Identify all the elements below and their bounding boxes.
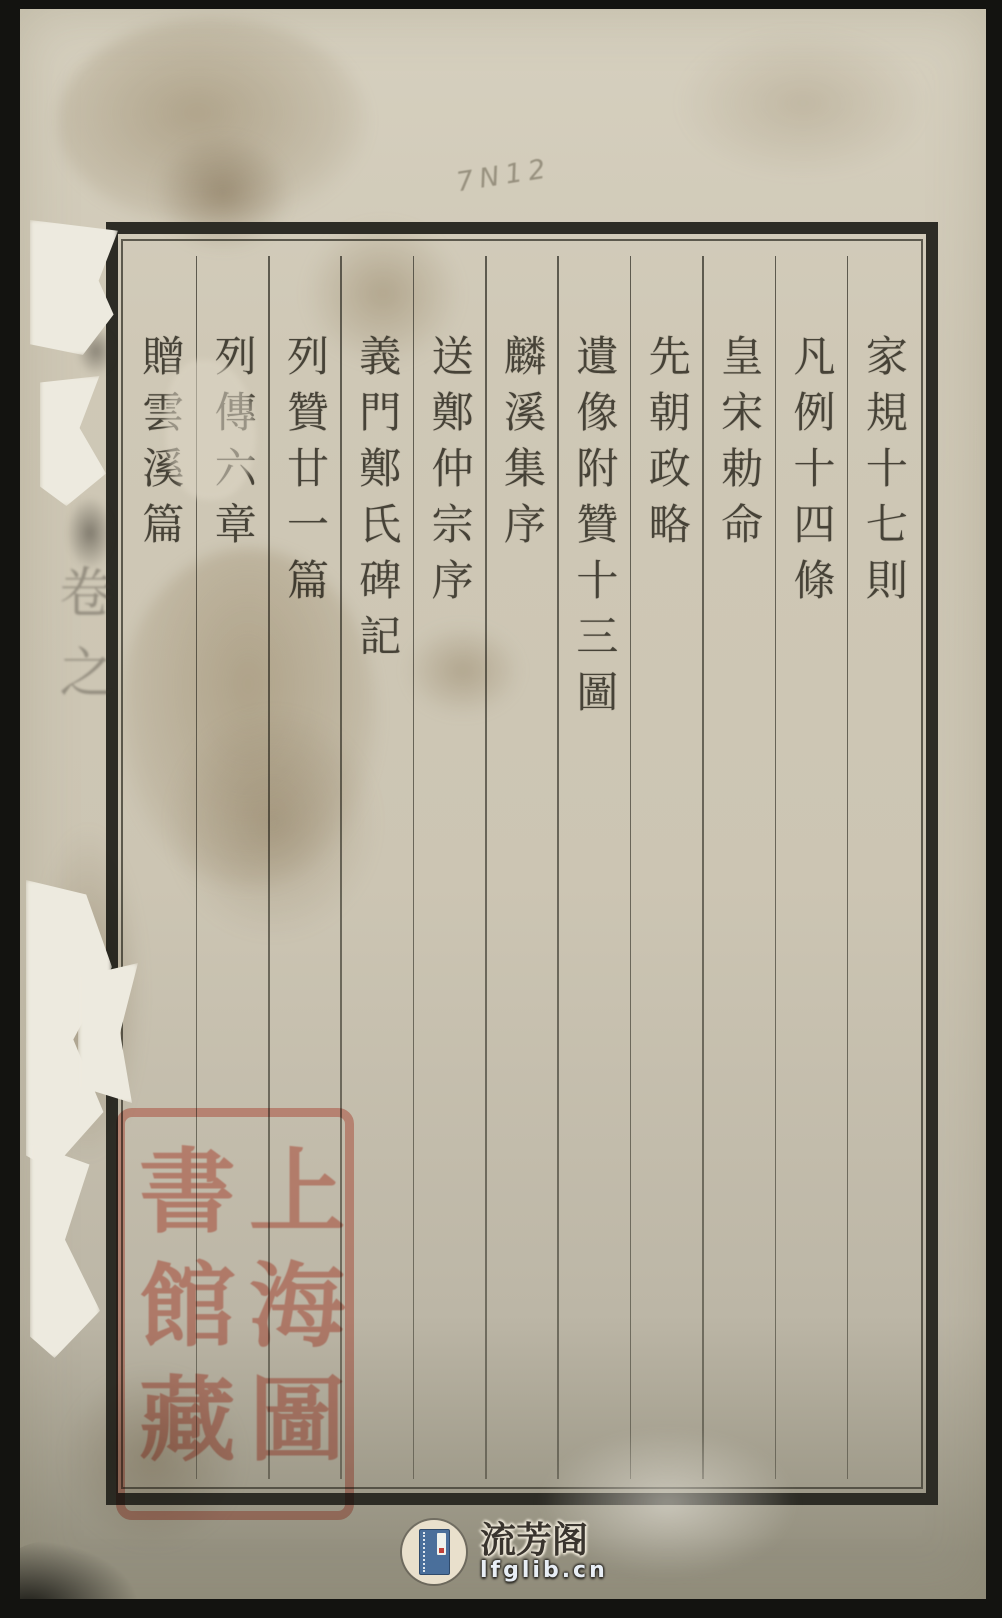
toc-entry: 遺像附贊十三圖 xyxy=(564,334,624,726)
toc-entry: 列傳六章 xyxy=(203,334,263,558)
watermark: 流芳阁 lfglib.cn xyxy=(402,1520,608,1584)
toc-entry: 皇宋勅命 xyxy=(709,334,769,558)
toc-entry: 先朝政略 xyxy=(637,334,697,558)
torn-edge xyxy=(30,1143,100,1358)
scan-edge xyxy=(986,0,1002,1618)
paper: 7N12 家規十七則 凡例十四條 皇宋勅命 先朝政略 遺像附贊十三圖 麟溪集序 … xyxy=(18,8,988,1602)
toc-entry: 家規十七則 xyxy=(854,334,914,614)
toc-entry: 贈雲溪篇 xyxy=(130,334,190,558)
watermark-site-name: 流芳阁 xyxy=(480,1522,608,1560)
toc-column: 皇宋勅命 xyxy=(703,242,775,1485)
seal-text-left: 書館藏 xyxy=(132,1143,229,1485)
toc-entry: 送鄭仲宗序 xyxy=(420,334,480,614)
ink-smudge xyxy=(66,496,114,570)
toc-column: 送鄭仲宗序 xyxy=(413,242,485,1485)
scan-edge xyxy=(0,1599,1002,1618)
pencil-annotation: 7N12 xyxy=(454,153,553,199)
stain xyxy=(58,18,368,228)
book-icon xyxy=(402,1520,466,1584)
scan-edge xyxy=(0,0,1002,9)
toc-entry: 凡例十四條 xyxy=(781,334,841,614)
scan-edge xyxy=(0,0,20,1618)
spine-text-fragment: 卷之 xyxy=(44,564,121,724)
watermark-site-url: lfglib.cn xyxy=(480,1559,608,1582)
torn-edge xyxy=(40,376,106,506)
scanned-page: 7N12 家規十七則 凡例十四條 皇宋勅命 先朝政略 遺像附贊十三圖 麟溪集序 … xyxy=(0,0,1002,1618)
toc-column: 麟溪集序 xyxy=(486,242,558,1485)
toc-column: 凡例十四條 xyxy=(775,242,847,1485)
library-seal: 上海圖 書館藏 xyxy=(116,1108,354,1520)
toc-column: 先朝政略 xyxy=(631,242,703,1485)
toc-entry: 義門鄭氏碑記 xyxy=(347,334,407,670)
stain xyxy=(678,28,928,178)
toc-entry: 列贊廿一篇 xyxy=(275,334,335,614)
toc-column: 遺像附贊十三圖 xyxy=(558,242,630,1485)
seal-text-right: 上海圖 xyxy=(242,1143,339,1485)
toc-entry: 麟溪集序 xyxy=(492,334,552,558)
toc-column: 家規十七則 xyxy=(848,242,920,1485)
